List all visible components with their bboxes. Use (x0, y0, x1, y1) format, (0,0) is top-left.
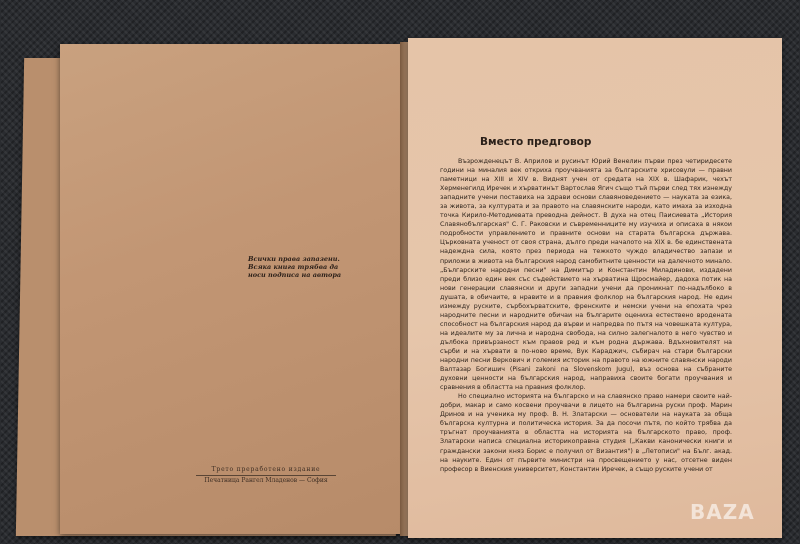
stamp-line: носи подписа на автора (248, 271, 366, 279)
watermark-logo: BAZA (690, 500, 755, 524)
edition-text: Трето преработено издание (196, 465, 336, 476)
body-text: Възрожденецът В. Априлов и русинът Юрий … (440, 157, 732, 474)
page-title: Вместо предговор (480, 136, 680, 148)
printer-text: Печатница Рангел Младенов — София (196, 476, 336, 486)
paragraph: Но специално историята на българско и на… (440, 392, 732, 473)
copyright-stamp: Всички права запазени. Всяка книга трябв… (248, 255, 366, 279)
paragraph: Възрожденецът В. Априлов и русинът Юрий … (440, 157, 732, 392)
stamp-line: Всички права запазени. (248, 255, 366, 263)
left-page (60, 44, 412, 534)
stamp-line: Всяка книга трябва да (248, 263, 366, 271)
imprint: Трето преработено издание Печатница Ранг… (196, 465, 336, 486)
